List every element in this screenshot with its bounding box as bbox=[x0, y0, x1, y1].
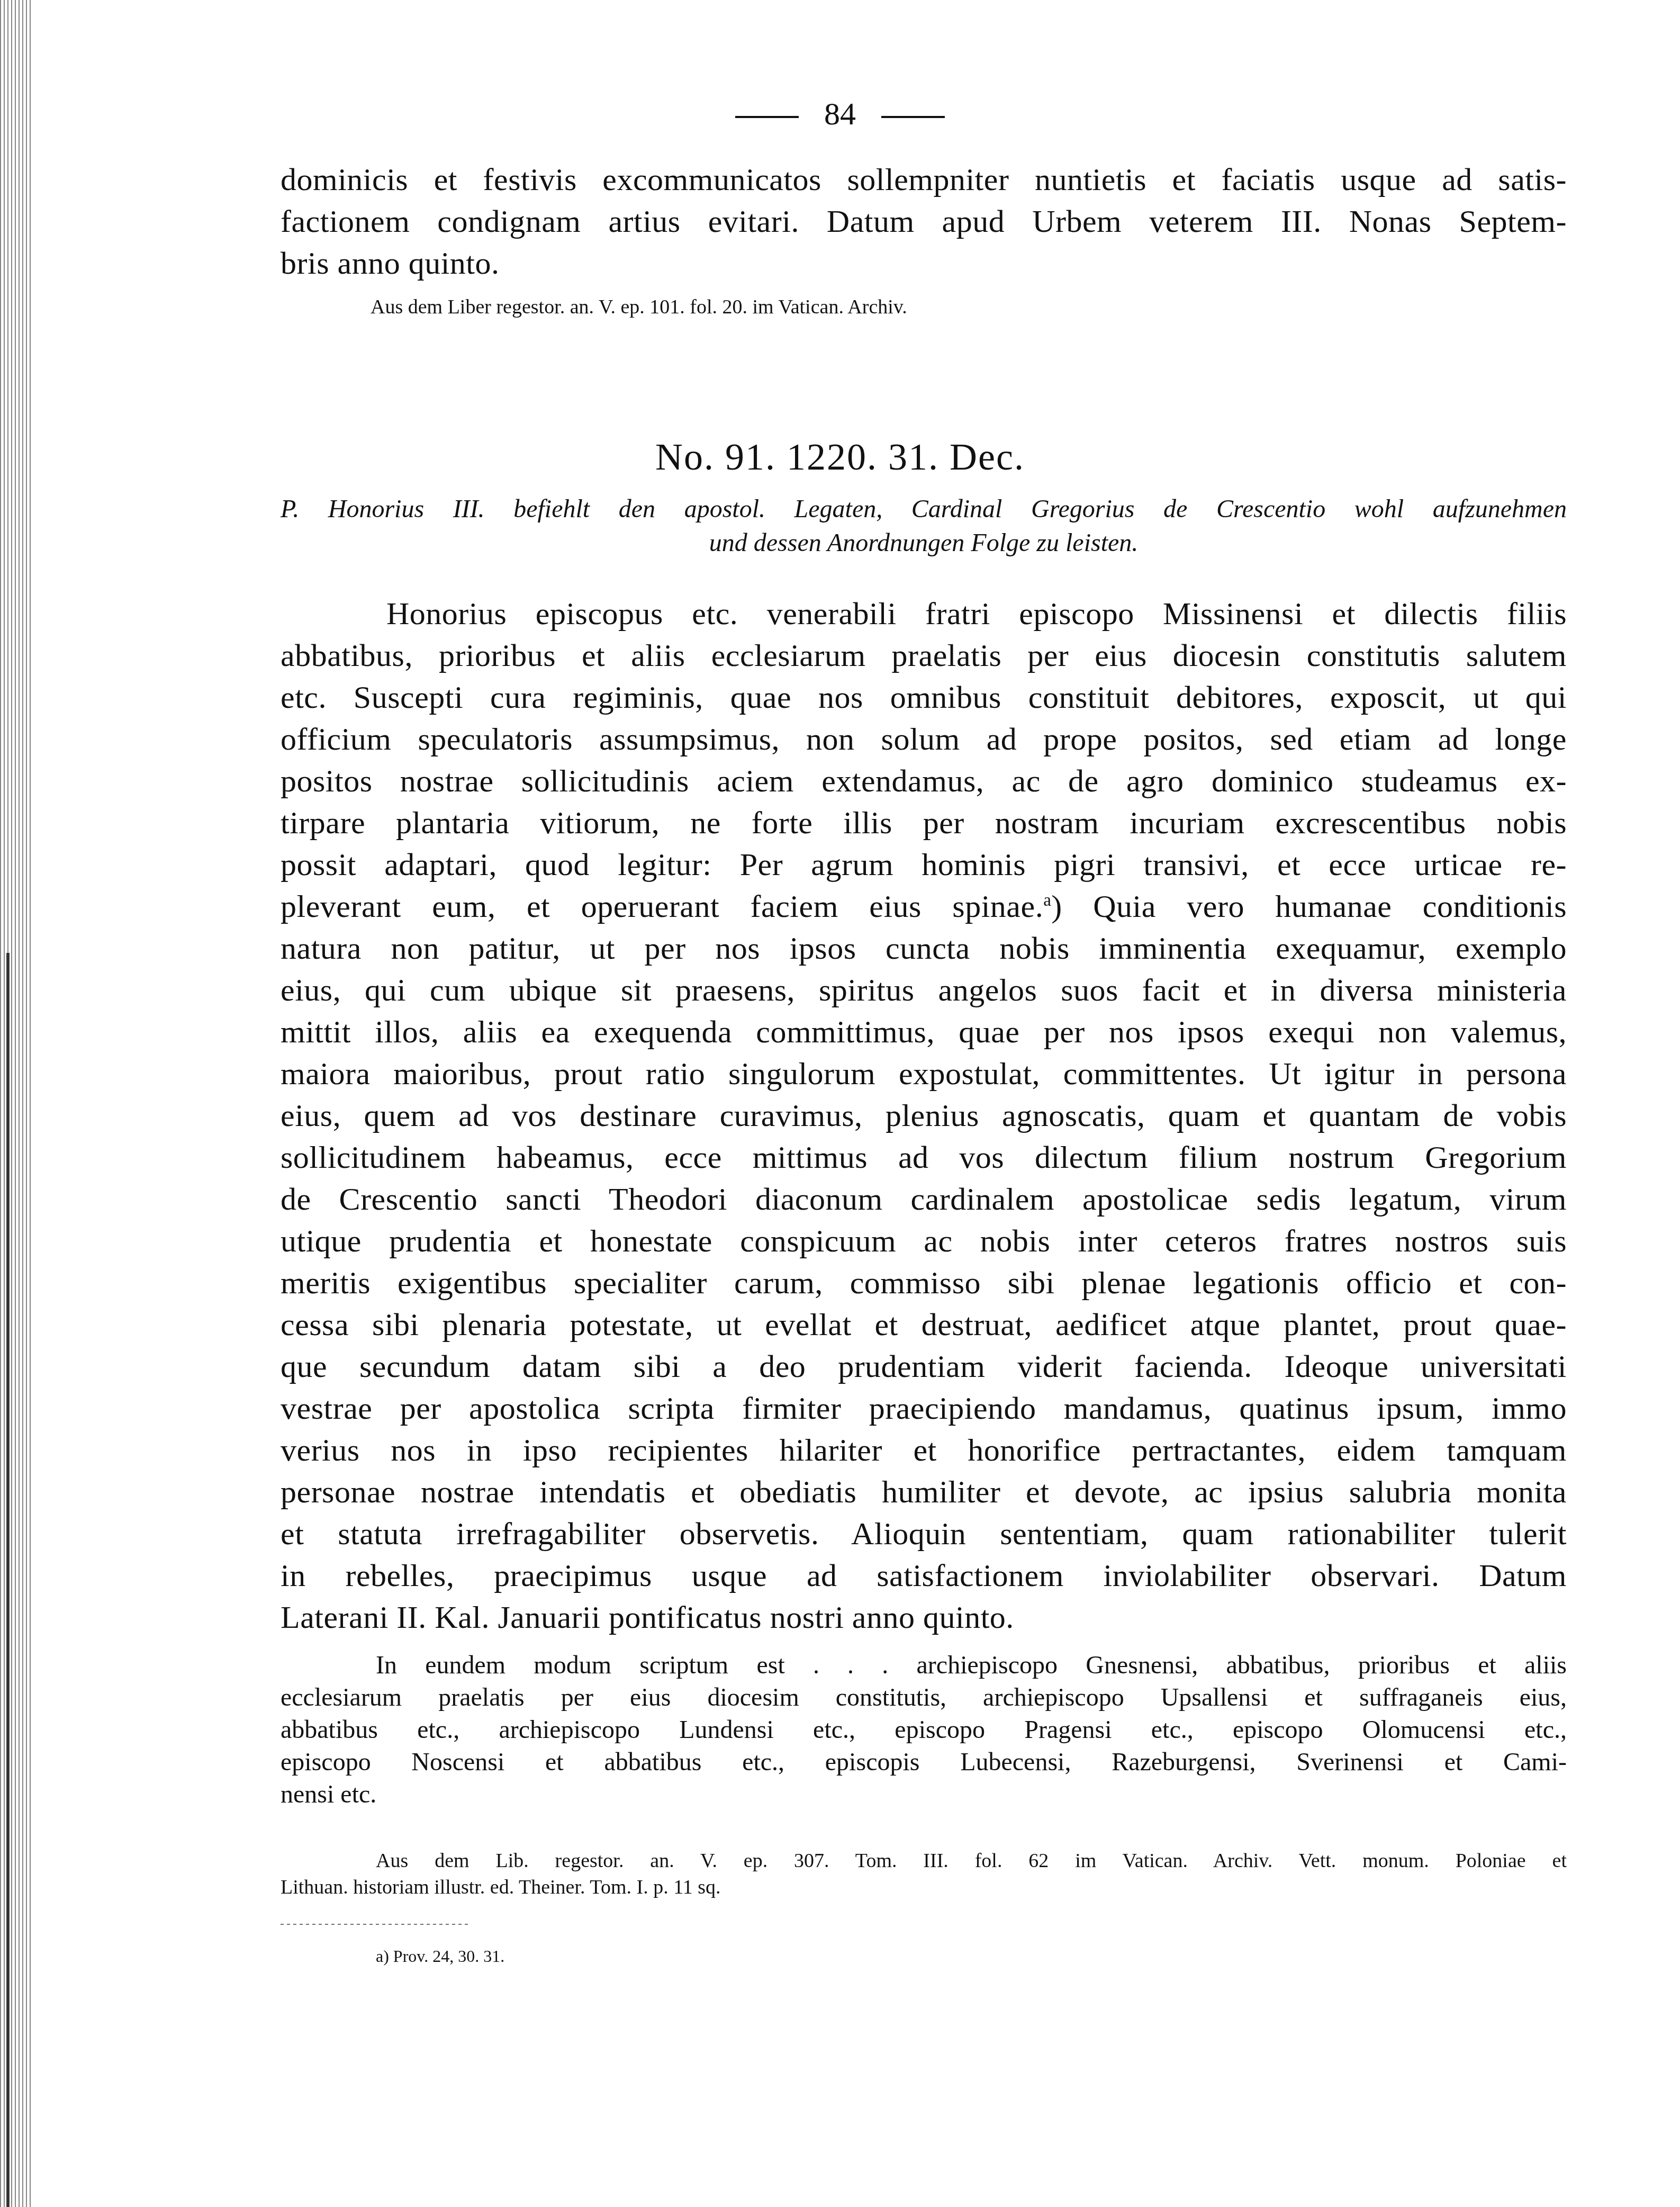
body-line: que secundum datam sibi a deo prudentiam… bbox=[281, 1346, 1567, 1388]
source-citation: Aus dem Liber regestor. an. V. ep. 101. … bbox=[371, 294, 1535, 320]
footnote-marker[interactable]: a bbox=[1043, 891, 1051, 910]
body-line: mittit illos, aliis ea exequenda committ… bbox=[281, 1011, 1567, 1053]
page-header: 84 bbox=[0, 95, 1680, 132]
previous-document-source: Aus dem Liber regestor. an. V. ep. 101. … bbox=[371, 294, 1535, 320]
footnote-a: a) Prov. 24, 30. 31. bbox=[376, 1945, 1662, 1967]
body-line: Honorius episcopus etc. venerabili fratr… bbox=[281, 593, 1567, 635]
body-line: eius, qui cum ubique sit praesens, spiri… bbox=[281, 969, 1567, 1011]
page-number: 84 bbox=[824, 96, 856, 131]
body-line: utique prudentia et honestate conspicuum… bbox=[281, 1220, 1567, 1262]
body-line: in rebelles, praecipimus usque ad satisf… bbox=[281, 1555, 1567, 1597]
body-line: sollicitudinem habeamus, ecce mittimus a… bbox=[281, 1137, 1567, 1178]
body-line-text: ) Quia vero humanae conditionis bbox=[1051, 889, 1567, 924]
text-line: dominicis et festivis excommunicatos sol… bbox=[281, 159, 1567, 201]
summary-line: P. Honorius III. befiehlt den apostol. L… bbox=[281, 492, 1567, 526]
previous-document-closing: dominicis et festivis excommunicatos sol… bbox=[281, 159, 1567, 284]
body-line: positos nostrae sollicitudinis aciem ext… bbox=[281, 760, 1567, 802]
body-line: officium speculatoris assumpsimus, non s… bbox=[281, 718, 1567, 760]
body-line-text: pleverant eum, et operuerant faciem eius… bbox=[281, 889, 1043, 924]
body-line: Laterani II. Kal. Januarii pontificatus … bbox=[281, 1597, 1567, 1638]
footnote-divider bbox=[281, 1924, 471, 1925]
source-line: Aus dem Lib. regestor. an. V. ep. 307. T… bbox=[281, 1848, 1567, 1874]
body-line-with-footnote: pleverant eum, et operuerant faciem eius… bbox=[281, 886, 1567, 927]
body-line: maiora maioribus, prout ratio singulorum… bbox=[281, 1053, 1567, 1095]
document-addendum: In eundem modum scriptum est . . . archi… bbox=[281, 1649, 1567, 1810]
addendum-line: abbatibus etc., archiepiscopo Lundensi e… bbox=[281, 1714, 1567, 1746]
body-line: possit adaptari, quod legitur: Per agrum… bbox=[281, 844, 1567, 886]
addendum-line: In eundem modum scriptum est . . . archi… bbox=[281, 1649, 1567, 1681]
text-line: bris anno quinto. bbox=[281, 242, 1567, 284]
body-line: cessa sibi plenaria potestate, ut evella… bbox=[281, 1304, 1567, 1346]
addendum-line: ecclesiarum praelatis per eius diocesim … bbox=[281, 1681, 1567, 1714]
body-line: etc. Suscepti cura regiminis, quae nos o… bbox=[281, 677, 1567, 718]
document-summary: P. Honorius III. befiehlt den apostol. L… bbox=[281, 492, 1567, 560]
body-line: tirpare plantaria vitiorum, ne forte ill… bbox=[281, 802, 1567, 844]
source-line: Lithuan. historiam illustr. ed. Theiner.… bbox=[281, 1874, 1567, 1900]
body-line: personae nostrae intendatis et obediatis… bbox=[281, 1471, 1567, 1513]
document-body: Honorius episcopus etc. venerabili fratr… bbox=[281, 593, 1567, 1638]
body-line: eius, quem ad vos destinare curavimus, p… bbox=[281, 1095, 1567, 1137]
body-line: vestrae per apostolica scripta firmiter … bbox=[281, 1388, 1567, 1429]
footnotes: a) Prov. 24, 30. 31. bbox=[376, 1945, 1662, 1967]
body-line: abbatibus, prioribus et aliis ecclesiaru… bbox=[281, 635, 1567, 677]
scan-binding-shadow bbox=[6, 953, 10, 2207]
header-dash-left bbox=[735, 116, 799, 118]
body-line: natura non patitur, ut per nos ipsos cun… bbox=[281, 927, 1567, 969]
header-dash-right bbox=[881, 116, 945, 118]
addendum-line: nensi etc. bbox=[281, 1778, 1567, 1810]
body-line: verius nos in ipso recipientes hilariter… bbox=[281, 1429, 1567, 1471]
document-heading: No. 91. 1220. 31. Dec. bbox=[0, 434, 1680, 480]
summary-line: und dessen Anordnungen Folge zu leisten. bbox=[281, 526, 1567, 560]
body-line: meritis exigentibus specialiter carum, c… bbox=[281, 1262, 1567, 1304]
body-line: et statuta irrefragabiliter observetis. … bbox=[281, 1513, 1567, 1555]
document-source: Aus dem Lib. regestor. an. V. ep. 307. T… bbox=[281, 1848, 1567, 1900]
body-line: de Crescentio sancti Theodori diaconum c… bbox=[281, 1178, 1567, 1220]
scan-binding-edge bbox=[0, 0, 32, 2207]
addendum-line: episcopo Noscensi et abbatibus etc., epi… bbox=[281, 1746, 1567, 1778]
text-line: factionem condignam artius evitari. Datu… bbox=[281, 201, 1567, 242]
